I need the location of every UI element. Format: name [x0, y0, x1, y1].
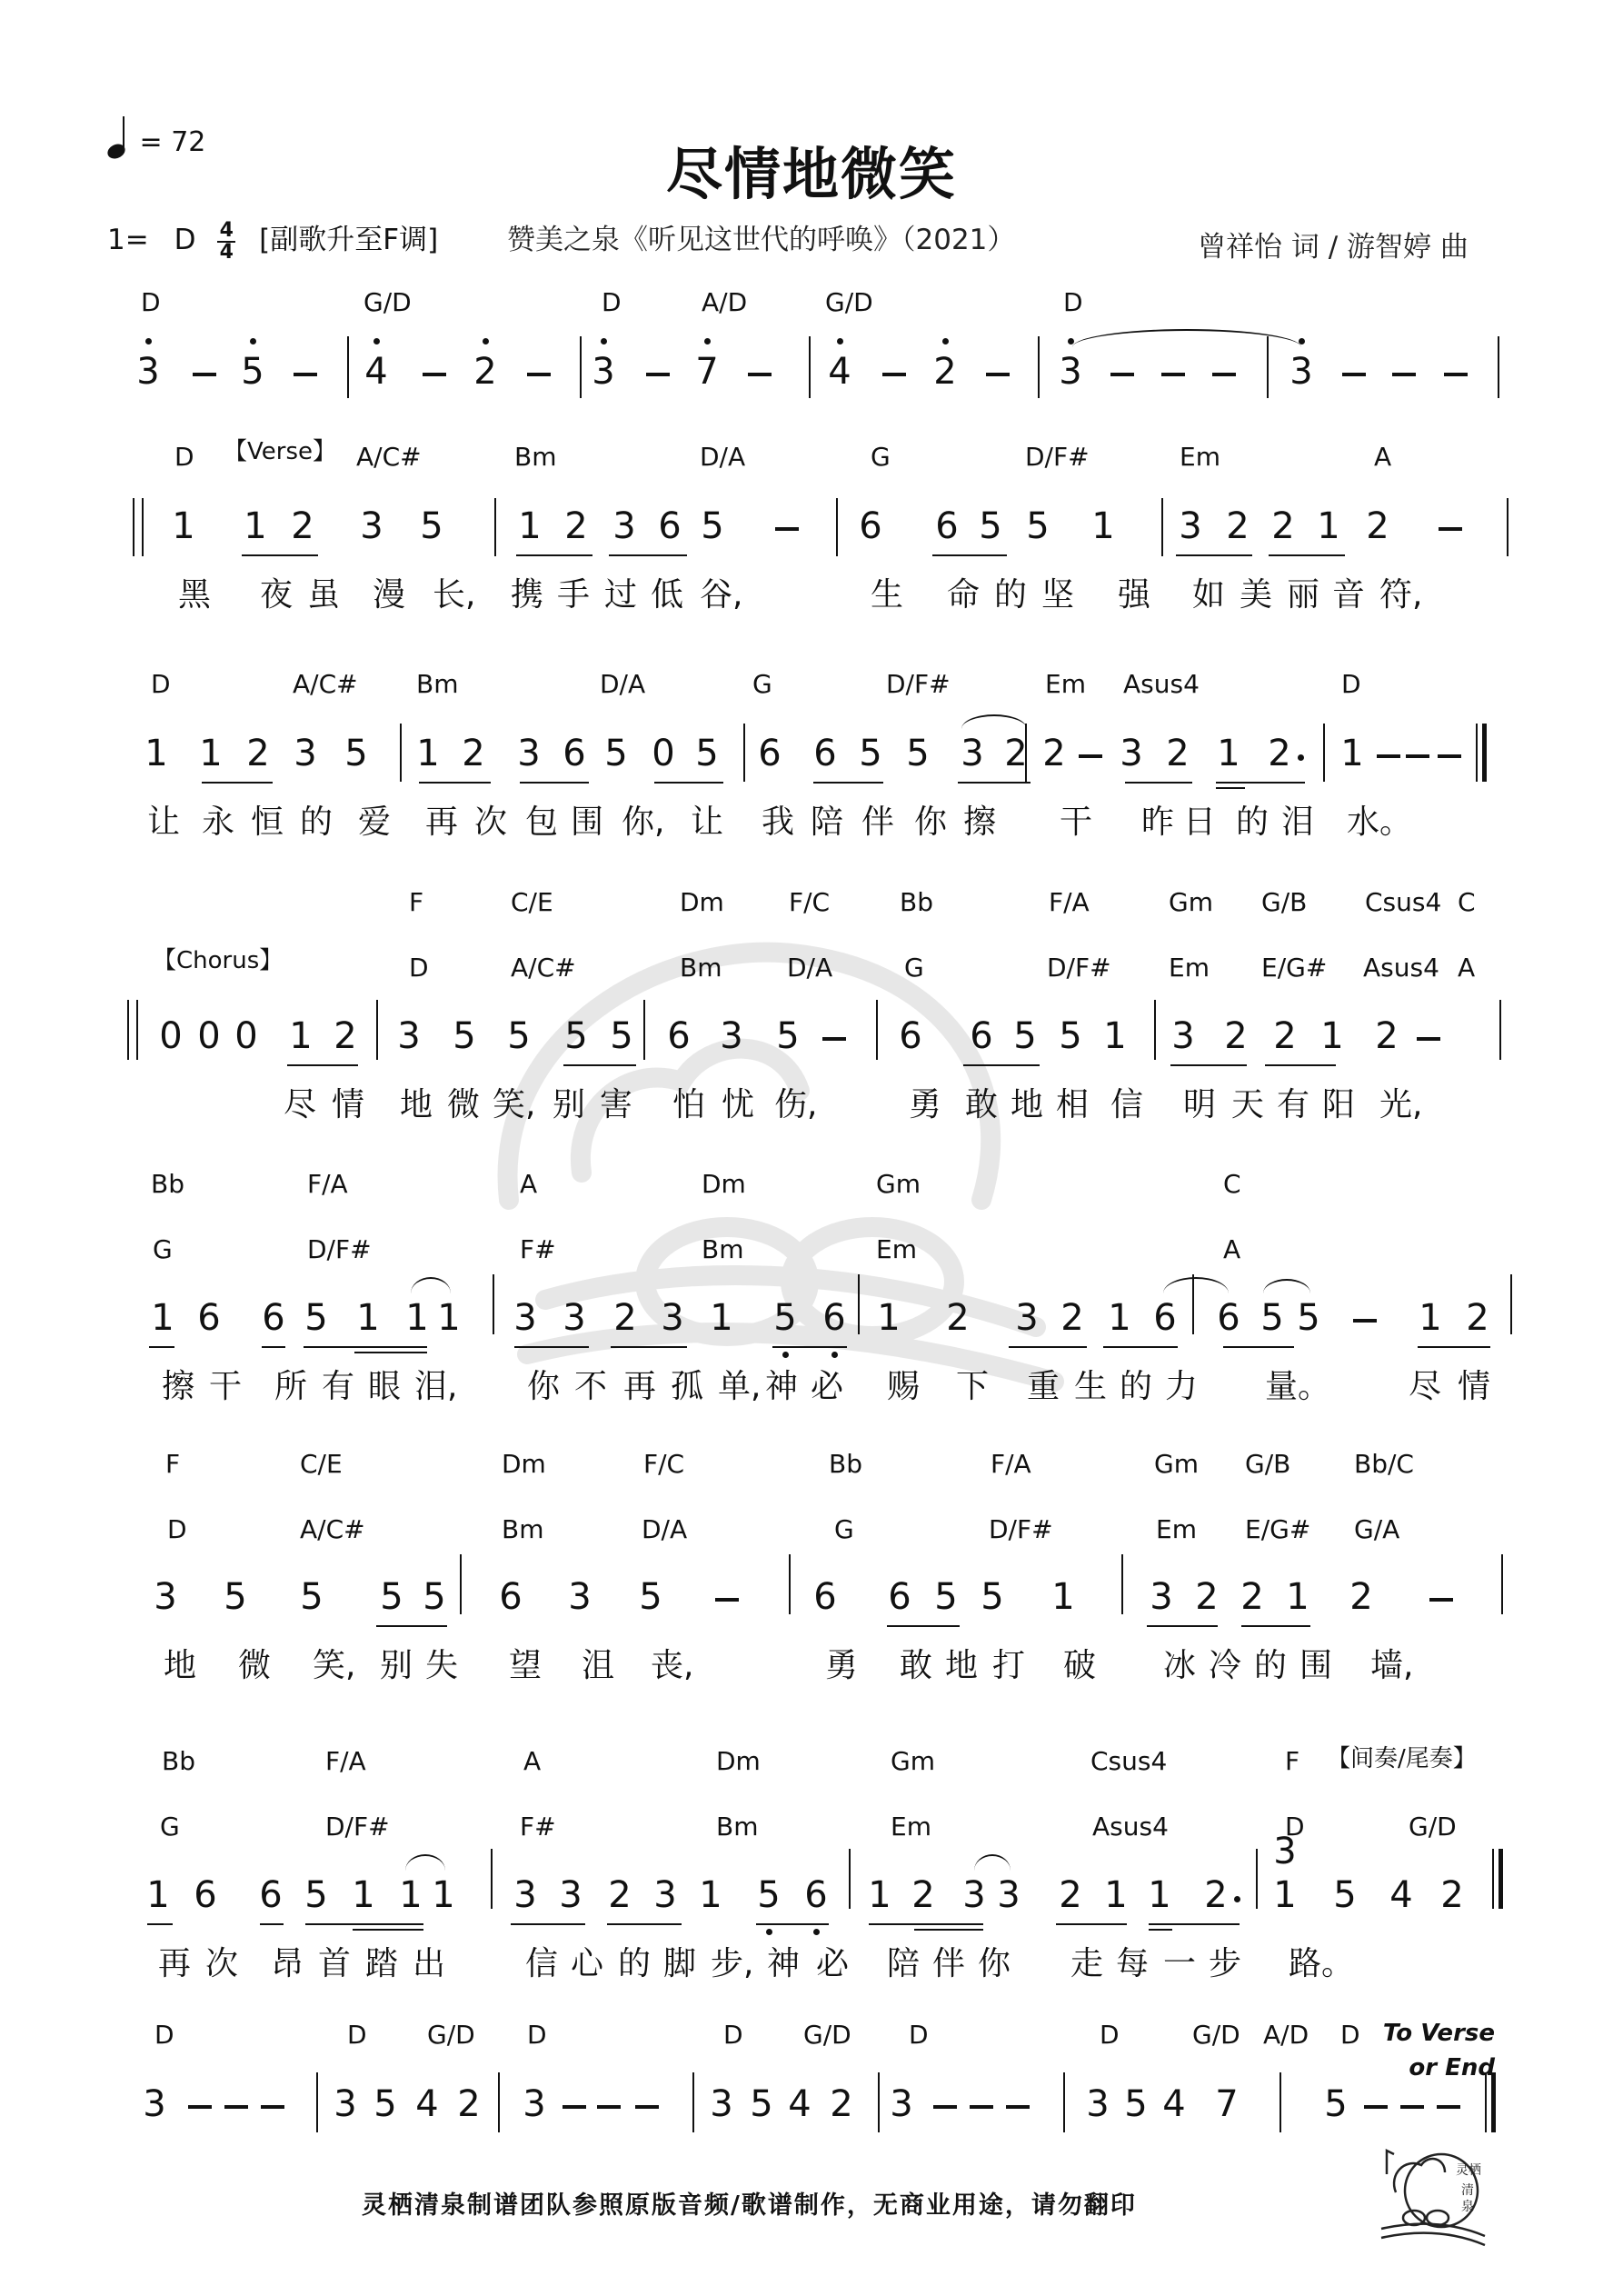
lyric-syllable: 符,: [1379, 569, 1422, 615]
note: 5: [1024, 505, 1051, 547]
note: 3: [611, 505, 638, 547]
chord-symbol-original-key: Asus4: [1363, 953, 1439, 983]
note: 4: [786, 2083, 813, 2125]
tie-slur: [1263, 1279, 1310, 1293]
barline: [1121, 1554, 1123, 1614]
chord-symbol-original-key: F#: [520, 1234, 556, 1264]
lyric-syllable: 首: [318, 1938, 351, 1984]
beam-underline: [520, 782, 589, 784]
note: 2: [1059, 1297, 1086, 1339]
lyric-syllable: 围: [571, 796, 603, 843]
sustain-dash: [1006, 2105, 1030, 2109]
octave-down-dot: [813, 1929, 820, 1935]
double-barline: [127, 1000, 138, 1060]
chord-symbol: G/D: [803, 2020, 851, 2050]
chord-symbol-original-key: D/F#: [307, 1234, 372, 1264]
sustain-dash: [1110, 373, 1134, 376]
note: 1: [516, 505, 543, 547]
note: 3: [134, 351, 162, 393]
lyric-syllable: 携: [511, 569, 543, 615]
sustain-dash: [1444, 373, 1468, 376]
lyric-syllable: 生: [1074, 1361, 1107, 1407]
lyric-syllable: 步,: [711, 1938, 753, 1984]
octave-up-dot: [704, 338, 711, 344]
note: 1: [1339, 733, 1366, 774]
note: 5: [378, 1576, 405, 1618]
sustain-dash: [423, 373, 446, 376]
note: 5: [418, 505, 445, 547]
lyric-syllable: 眼: [368, 1361, 401, 1407]
note: 2: [1439, 1874, 1466, 1916]
note: 0: [650, 733, 677, 774]
chord-symbol-original-key: Asus4: [1092, 1812, 1169, 1842]
note: 7: [1213, 2083, 1240, 2125]
note: 6: [811, 733, 839, 774]
beam-underline: [354, 1352, 427, 1353]
sustain-dash: [775, 527, 799, 531]
note: 5: [693, 733, 721, 774]
tie-slur: [974, 1854, 1011, 1871]
chord-symbol-original-key: E/G#: [1245, 1514, 1310, 1544]
chord-symbol: A/D: [702, 287, 747, 317]
note: 6: [1151, 1297, 1179, 1339]
key-prefix: 1=: [107, 224, 149, 256]
lyric-syllable: 害: [600, 1079, 632, 1125]
note: 2: [1364, 505, 1391, 547]
barline: [1498, 336, 1499, 398]
chord-symbol: D/A: [600, 669, 645, 699]
note: 3: [358, 505, 385, 547]
barline: [809, 336, 811, 398]
sustain-dash: [1429, 1598, 1453, 1602]
chord-symbol: Csus4: [1090, 1746, 1167, 1776]
beam-underline: [1216, 787, 1245, 789]
note: 3: [1118, 733, 1145, 774]
note: 2: [1057, 1874, 1084, 1916]
note: 3: [718, 1015, 745, 1057]
sustain-dash: [1212, 373, 1236, 376]
beam-underline: [813, 782, 883, 784]
lyric-syllable: 情: [332, 1079, 364, 1125]
lyric-syllable: 信: [525, 1938, 558, 1984]
chord-symbol: A: [1374, 442, 1391, 472]
lyric-syllable: 漫: [373, 569, 405, 615]
beam-underline: [260, 1923, 284, 1925]
chord-symbol: D: [723, 2020, 743, 2050]
lyric-syllable: 坚: [1041, 569, 1074, 615]
barline: [1499, 1000, 1501, 1060]
chord-symbol-original-key: G/D: [1409, 1812, 1457, 1842]
note: 5: [1057, 1015, 1084, 1057]
note: 5: [904, 733, 931, 774]
section-label-verse: 【Verse】: [224, 433, 336, 466]
lyric-syllable: 步: [1209, 1938, 1241, 1984]
chord-symbol: D: [174, 442, 194, 472]
beam-underline: [756, 1923, 829, 1925]
note: 3: [512, 1297, 539, 1339]
lyric-syllable: 地: [400, 1079, 433, 1125]
lyric-syllable: 量。: [1265, 1361, 1330, 1407]
tie-slur: [961, 714, 1027, 729]
chord-symbol: Gm: [876, 1169, 921, 1199]
note: 1: [1090, 505, 1117, 547]
lyric-syllable: 地: [945, 1640, 978, 1686]
chord-symbol: Bb: [829, 1449, 862, 1479]
note: 3: [566, 1576, 593, 1618]
note: 2: [612, 1297, 639, 1339]
note: 5: [748, 2083, 775, 2125]
chord-symbol-original-key: D: [409, 953, 429, 983]
note: 5: [239, 351, 266, 393]
chord-symbol-original-key: G: [160, 1812, 180, 1842]
chord-symbol: G/B: [1261, 887, 1307, 917]
sustain-dash: [1439, 527, 1462, 531]
chord-symbol: Bm: [514, 442, 556, 472]
sustain-dash: [224, 2105, 248, 2109]
album-info: 赞美之泉《听见这世代的呼唤》（2021）: [507, 216, 1015, 257]
chord-symbol-original-key: F#: [520, 1812, 556, 1842]
lyric-syllable: 爱: [358, 796, 391, 843]
beam-underline: [1269, 554, 1345, 556]
note: 3: [512, 1874, 539, 1916]
chord-symbol: F: [165, 1449, 180, 1479]
lyric-syllable: 心: [571, 1938, 603, 1984]
lyric-syllable: 的: [994, 569, 1027, 615]
note: 3: [1288, 351, 1315, 393]
note: 6: [756, 733, 783, 774]
augmentation-dot: [1298, 754, 1304, 761]
beam-underline: [305, 1923, 423, 1925]
beam-underline: [963, 1064, 1040, 1066]
beam-underline: [419, 782, 491, 784]
final-barline: [1476, 724, 1487, 782]
note: 1: [144, 1874, 172, 1916]
beam-underline: [654, 782, 723, 784]
note: 4: [1388, 1874, 1415, 1916]
chord-symbol-original-key: E/G#: [1261, 953, 1327, 983]
chord-symbol-original-key: D/F#: [989, 1514, 1053, 1544]
beam-underline: [304, 1346, 427, 1348]
sustain-dash: [563, 2105, 586, 2109]
lyric-syllable: 恒: [251, 796, 284, 843]
lyric-syllable: 你,: [622, 796, 664, 843]
lyric-syllable: 昨: [1141, 796, 1174, 843]
chord-symbol-original-key: G/A: [1354, 1514, 1399, 1544]
chord-symbol: Dm: [680, 887, 724, 917]
note: 2: [828, 2083, 855, 2125]
note: 3: [888, 2083, 915, 2125]
beam-underline: [511, 1923, 585, 1925]
final-barline: [1492, 1849, 1503, 1909]
note: 1: [1106, 1297, 1133, 1339]
lyric-syllable: 伴: [861, 796, 894, 843]
chord-symbol: G/D: [825, 287, 873, 317]
chord-symbol: F: [1285, 1746, 1299, 1776]
chord-symbol-original-key: Bm: [680, 953, 722, 983]
beam-underline: [287, 1064, 358, 1066]
sustain-dash: [635, 2105, 659, 2109]
note: 0: [157, 1015, 184, 1057]
barline: [836, 498, 838, 556]
chord-symbol-original-key: A: [1223, 1234, 1240, 1264]
lyric-syllable: 的: [1236, 796, 1269, 843]
beam-underline: [516, 554, 592, 556]
note: 2: [460, 733, 487, 774]
chord-symbol-original-key: D/A: [642, 1514, 687, 1544]
note: 2: [1270, 505, 1297, 547]
lyric-syllable: 相: [1056, 1079, 1089, 1125]
sustain-dash: [188, 2105, 212, 2109]
note: 4: [363, 351, 390, 393]
chord-symbol: Gm: [1169, 887, 1213, 917]
tie-slur: [1163, 1277, 1229, 1293]
note: 5: [343, 733, 370, 774]
chord-symbol-original-key: Bm: [716, 1812, 758, 1842]
beam-underline: [147, 1923, 173, 1925]
lyric-syllable: 神: [767, 1938, 800, 1984]
note: 1: [1101, 1015, 1129, 1057]
note: 2: [1222, 1015, 1250, 1057]
note: 2: [1266, 733, 1293, 774]
chord-symbol: G: [871, 442, 891, 472]
note: 1: [397, 1874, 424, 1916]
beam-underline: [1216, 782, 1305, 784]
note: 0: [233, 1015, 260, 1057]
chord-symbol-original-key: Em: [1169, 953, 1210, 983]
sustain-dash: [1406, 754, 1429, 758]
lyric-syllable: 水。: [1347, 796, 1412, 843]
chord-symbol: Asus4: [1123, 669, 1200, 699]
song-title: 尽情地微笑: [0, 129, 1623, 210]
note: 3: [1177, 505, 1204, 547]
beam-underline: [353, 1929, 423, 1931]
octave-up-dot: [483, 338, 489, 344]
lyric-syllable: 勇: [825, 1640, 858, 1686]
note: 3: [152, 1576, 179, 1618]
sustain-dash: [646, 373, 670, 376]
lyric-syllable: 陪: [887, 1938, 920, 1984]
augmentation-dot: [1234, 1896, 1240, 1902]
lyric-syllable: 次: [205, 1938, 238, 1984]
chord-symbol: D: [151, 669, 171, 699]
lyric-syllable: 笑,: [493, 1079, 535, 1125]
note: 5: [857, 733, 884, 774]
lyric-syllable: 夜: [260, 569, 293, 615]
note: 1: [708, 1297, 735, 1339]
note: 6: [821, 1297, 848, 1339]
beam-underline: [1149, 1923, 1240, 1925]
chord-symbol-original-key: Bm: [702, 1234, 743, 1264]
note: 2: [289, 505, 316, 547]
chord-symbol: G/D: [363, 287, 412, 317]
note: 5: [1259, 1297, 1286, 1339]
note: 2: [1373, 1015, 1400, 1057]
time-signature: 4 4: [217, 221, 235, 263]
chord-symbol: Gm: [1154, 1449, 1199, 1479]
beam-underline: [1009, 1346, 1087, 1348]
note: 1: [1315, 505, 1342, 547]
octave-up-dot: [250, 338, 256, 344]
to-verse-or-end: To Verse or End: [1363, 2016, 1495, 2085]
note: 5: [772, 1297, 799, 1339]
barline: [858, 1274, 860, 1334]
chord-symbol: A/C#: [356, 442, 422, 472]
barline: [849, 1849, 851, 1909]
sustain-dash: [970, 2105, 993, 2109]
lyric-syllable: 我: [762, 796, 794, 843]
octave-up-dot: [837, 338, 843, 344]
sustain-dash: [1364, 2105, 1388, 2109]
barline: [789, 1554, 791, 1614]
lyric-syllable: 墙,: [1370, 1640, 1413, 1686]
note: 1: [1050, 1576, 1077, 1618]
note: 1: [875, 1297, 902, 1339]
time-numerator: 4: [220, 221, 234, 241]
beam-underline: [149, 1346, 174, 1348]
lyric-syllable: 命: [947, 569, 980, 615]
sustain-dash: [597, 2105, 621, 2109]
credits: 曾祥怡 词 / 游智婷 曲: [1198, 224, 1469, 265]
sustain-dash: [527, 373, 551, 376]
lyric-syllable: 强: [1118, 569, 1150, 615]
barline: [498, 2072, 500, 2132]
key-name: D: [174, 224, 196, 256]
lyric-syllable: 出: [413, 1938, 445, 1984]
lyric-syllable: 破: [1063, 1640, 1096, 1686]
chord-symbol: F: [409, 887, 423, 917]
beam-underline: [1103, 1346, 1178, 1348]
note: 3: [395, 1015, 423, 1057]
sustain-dash: [822, 1037, 846, 1041]
beam-underline: [914, 1929, 983, 1931]
sustain-dash: [986, 373, 1010, 376]
chord-symbol: D/A: [700, 442, 745, 472]
lyric-syllable: 天: [1231, 1079, 1264, 1125]
note: 5: [977, 505, 1004, 547]
lyric-syllable: 伴: [932, 1938, 965, 1984]
note: 1: [430, 1874, 457, 1916]
note: 1: [350, 1874, 377, 1916]
note: 1: [414, 733, 442, 774]
note: 6: [656, 505, 683, 547]
note: 5: [699, 505, 726, 547]
chord-symbol-original-key: D/A: [787, 953, 832, 983]
note: 6: [561, 733, 588, 774]
lyric-syllable: 黑: [178, 569, 211, 615]
note: 5: [303, 1297, 330, 1339]
sustain-dash: [1417, 1037, 1440, 1041]
lyric-syllable: 昂: [271, 1938, 304, 1984]
note: 2: [455, 2083, 483, 2125]
note: 5: [608, 1015, 635, 1057]
barline: [1323, 724, 1325, 782]
chord-symbol: F/C: [789, 887, 830, 917]
note: 1: [354, 1297, 382, 1339]
note: 1: [1319, 1015, 1346, 1057]
note: 2: [1193, 1576, 1220, 1618]
octave-down-dot: [782, 1352, 789, 1358]
chord-symbol: Csus4: [1365, 887, 1441, 917]
lyric-syllable: 敢: [900, 1640, 932, 1686]
lyric-syllable: 勇: [909, 1079, 941, 1125]
note: 5: [1331, 1874, 1359, 1916]
note: 3: [959, 733, 986, 774]
beam-underline: [242, 554, 318, 556]
section-label-chorus: 【Chorus】: [153, 942, 283, 975]
sheep-logo-icon: 灵栖 清 泉: [1378, 2138, 1487, 2247]
sustain-dash: [882, 373, 906, 376]
note: 6: [1215, 1297, 1242, 1339]
sustain-dash: [933, 2105, 957, 2109]
lyric-syllable: 敢: [965, 1079, 998, 1125]
lyric-syllable: 泪,: [414, 1361, 457, 1407]
lyric-syllable: 陪: [811, 796, 843, 843]
barline: [1063, 2072, 1065, 2132]
chord-symbol: D: [1341, 669, 1361, 699]
chord-symbol: C/E: [511, 887, 553, 917]
beam-underline: [1147, 1625, 1218, 1627]
lyric-syllable: 打: [992, 1640, 1025, 1686]
octave-down-dot: [831, 1352, 838, 1358]
lyric-syllable: 冷: [1209, 1640, 1241, 1686]
note: 3: [561, 1297, 588, 1339]
beam-underline: [1418, 1346, 1490, 1348]
lyric-syllable: 让: [691, 796, 723, 843]
note: 2: [1224, 505, 1251, 547]
svg-text:泉: 泉: [1461, 2200, 1474, 2214]
chord-symbol: D/F#: [1025, 442, 1090, 472]
key-change-note: [副歌升至F调]: [259, 224, 438, 256]
chord-symbol: F/A: [991, 1449, 1031, 1479]
lyric-syllable: 脚: [663, 1938, 696, 1984]
note: 2: [1202, 1874, 1230, 1916]
octave-up-dot: [373, 338, 380, 344]
svg-text:清: 清: [1461, 2183, 1474, 2198]
lyric-syllable: 手: [557, 569, 590, 615]
note: 3: [1084, 2083, 1111, 2125]
lyric-syllable: 泪: [1281, 796, 1314, 843]
beam-underline: [1149, 1929, 1172, 1931]
lyric-syllable: 踏: [365, 1938, 398, 1984]
lyric-syllable: 一: [1163, 1938, 1196, 1984]
lyric-syllable: 每: [1116, 1938, 1149, 1984]
chord-symbol-original-key: G: [153, 1234, 173, 1264]
chord-symbol-original-key: Em: [891, 1812, 931, 1842]
lyric-syllable: 力: [1165, 1361, 1198, 1407]
beam-underline: [869, 1923, 983, 1925]
lyric-syllable: 的: [1254, 1640, 1287, 1686]
chord-symbol: Gm: [891, 1746, 935, 1776]
chord-symbol: D: [1340, 2020, 1360, 2050]
lyric-syllable: 永: [202, 796, 234, 843]
chord-symbol: Bb: [151, 1169, 184, 1199]
sustain-dash: [1353, 1319, 1377, 1323]
lyric-syllable: 谷,: [700, 569, 742, 615]
lyric-syllable: 孤: [671, 1361, 703, 1407]
note: 1: [866, 1874, 893, 1916]
lyric-syllable: 微: [238, 1640, 271, 1686]
barline: [316, 2072, 318, 2132]
lyric-syllable: 围: [1299, 1640, 1332, 1686]
chord-symbol: G: [752, 669, 772, 699]
lyric-syllable: 单,: [718, 1361, 761, 1407]
note: 6: [968, 1015, 995, 1057]
lyric-syllable: 有: [1277, 1079, 1309, 1125]
sustain-dash: [261, 2105, 284, 2109]
beam-underline: [1223, 1346, 1294, 1348]
lyric-syllable: 别: [380, 1640, 413, 1686]
note: 2: [472, 351, 499, 393]
